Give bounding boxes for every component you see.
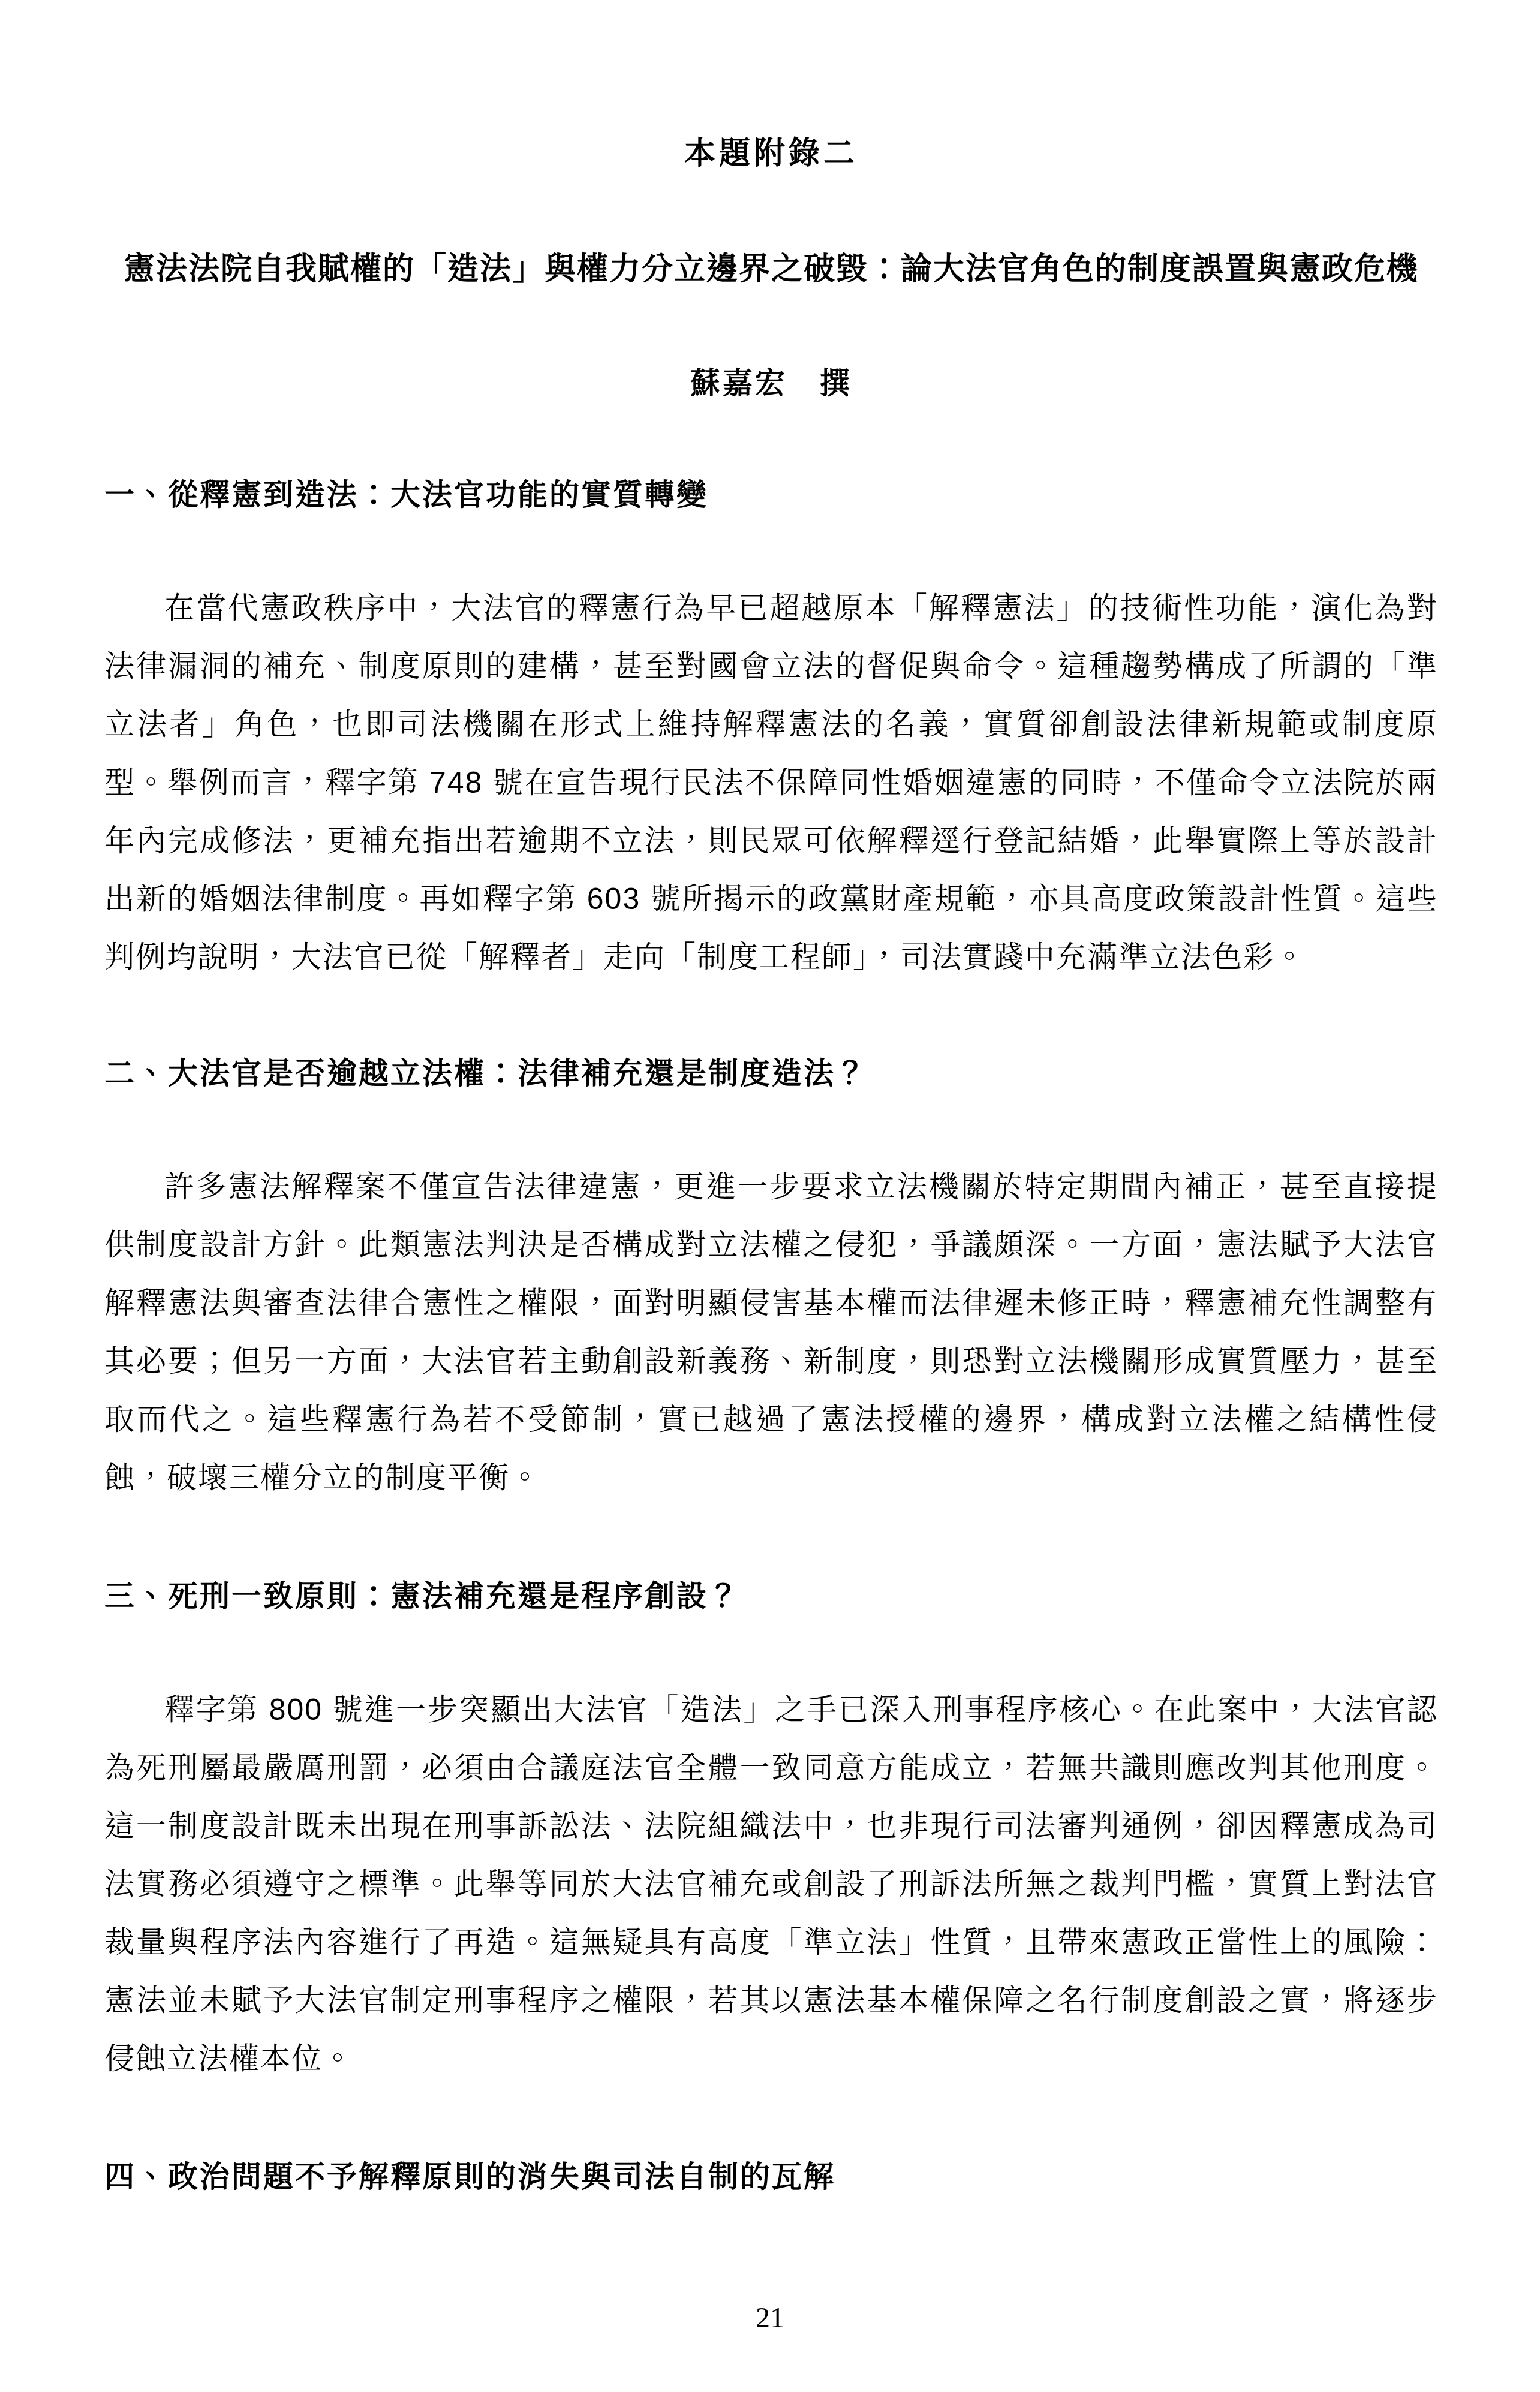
section-4: 四、政治問題不予解釋原則的消失與司法自制的瓦解 [104, 2158, 1438, 2195]
section-1-heading: 一、從釋憲到造法：大法官功能的實質轉變 [104, 476, 1438, 513]
appendix-label: 本題附錄二 [104, 135, 1438, 172]
section-3: 三、死刑一致原則：憲法補充還是程序創設？ 釋字第 800 號進一步突顯出大法官「… [104, 1578, 1438, 2088]
section-2: 二、大法官是否逾越立法權：法律補充還是制度造法？ 許多憲法解釋案不僅宣告法律違憲… [104, 1055, 1438, 1507]
section-1-paragraph: 在當代憲政秩序中，大法官的釋憲行為早已超越原本「解釋憲法」的技術性功能，演化為對… [104, 579, 1438, 986]
document-page: 本題附錄二 憲法法院自我賦權的「造法」與權力分立邊界之破毀：論大法官角色的制度誤… [0, 0, 1540, 2392]
section-2-paragraph: 許多憲法解釋案不僅宣告法律違憲，更進一步要求立法機關於特定期間內補正，甚至直接提… [104, 1158, 1438, 1507]
section-4-heading: 四、政治問題不予解釋原則的消失與司法自制的瓦解 [104, 2158, 1438, 2195]
page-number: 21 [0, 2301, 1540, 2335]
author-line: 蘇嘉宏 撰 [104, 365, 1438, 401]
section-3-paragraph: 釋字第 800 號進一步突顯出大法官「造法」之手已深入刑事程序核心。在此案中，大… [104, 1681, 1438, 2088]
section-2-heading: 二、大法官是否逾越立法權：法律補充還是制度造法？ [104, 1055, 1438, 1092]
section-1: 一、從釋憲到造法：大法官功能的實質轉變 在當代憲政秩序中，大法官的釋憲行為早已超… [104, 476, 1438, 986]
section-3-heading: 三、死刑一致原則：憲法補充還是程序創設？ [104, 1578, 1438, 1615]
document-title: 憲法法院自我賦權的「造法」與權力分立邊界之破毀：論大法官角色的制度誤置與憲政危機 [104, 250, 1438, 288]
